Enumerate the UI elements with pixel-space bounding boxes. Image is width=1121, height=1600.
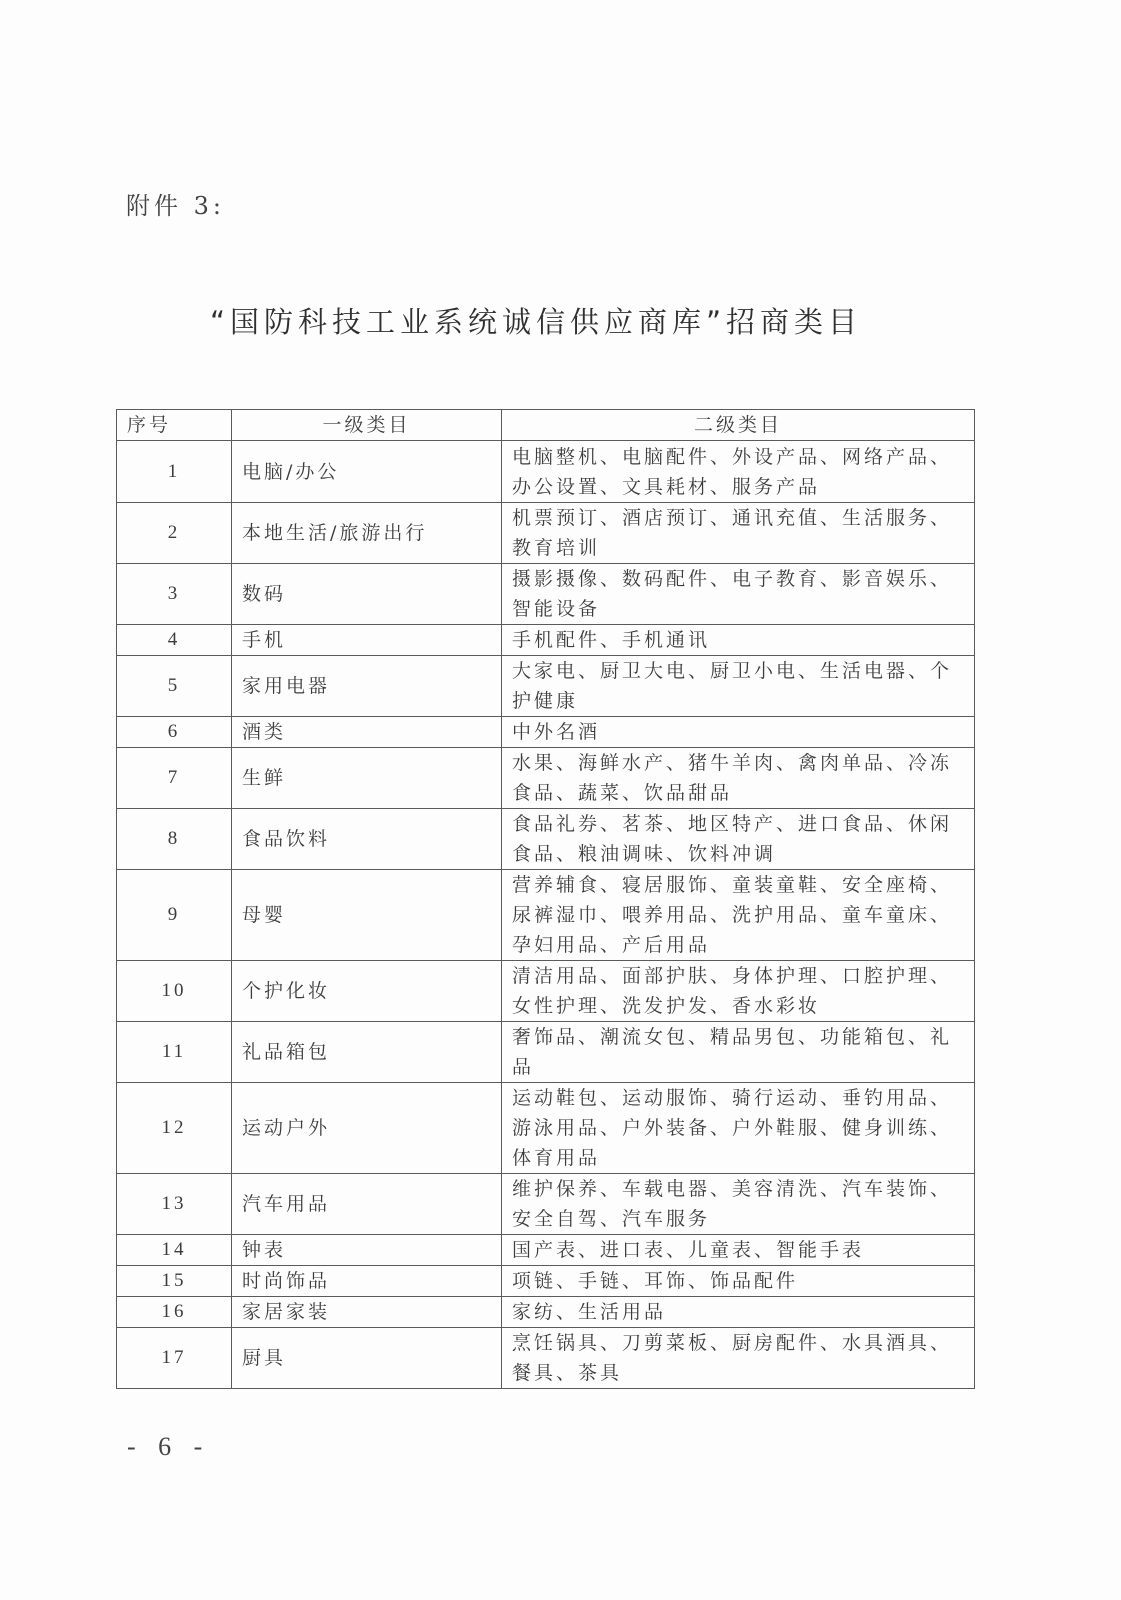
row-serial-number: 6 <box>117 717 232 748</box>
table-row: 7生鲜水果、海鲜水产、猪牛羊肉、禽肉单品、冷冻食品、蔬菜、饮品甜品 <box>117 748 975 809</box>
row-level1-category: 酒类 <box>232 717 502 748</box>
row-level2-category: 烹饪锅具、刀剪菜板、厨房配件、水具酒具、餐具、茶具 <box>502 1328 975 1389</box>
row-level1-category: 数码 <box>232 564 502 625</box>
table-header-row: 序号 一级类目 二级类目 <box>117 410 975 441</box>
row-level2-category: 清洁用品、面部护肤、身体护理、口腔护理、女性护理、洗发护发、香水彩妆 <box>502 961 975 1022</box>
row-level2-category: 机票预订、酒店预订、通讯充值、生活服务、教育培训 <box>502 503 975 564</box>
row-level2-category: 食品礼券、茗茶、地区特产、进口食品、休闲食品、粮油调味、饮料冲调 <box>502 809 975 870</box>
row-level2-category: 项链、手链、耳饰、饰品配件 <box>502 1266 975 1297</box>
row-level2-category: 国产表、进口表、儿童表、智能手表 <box>502 1235 975 1266</box>
row-level2-category: 水果、海鲜水产、猪牛羊肉、禽肉单品、冷冻食品、蔬菜、饮品甜品 <box>502 748 975 809</box>
table-row: 6酒类中外名酒 <box>117 717 975 748</box>
row-serial-number: 16 <box>117 1297 232 1328</box>
row-level1-category: 手机 <box>232 625 502 656</box>
category-table: 序号 一级类目 二级类目 1电脑/办公电脑整机、电脑配件、外设产品、网络产品、办… <box>116 409 975 1389</box>
row-level1-category: 时尚饰品 <box>232 1266 502 1297</box>
row-level2-category: 运动鞋包、运动服饰、骑行运动、垂钓用品、游泳用品、户外装备、户外鞋服、健身训练、… <box>502 1083 975 1174</box>
row-serial-number: 3 <box>117 564 232 625</box>
table-row: 13汽车用品维护保养、车载电器、美容清洗、汽车装饰、安全自驾、汽车服务 <box>117 1174 975 1235</box>
row-serial-number: 11 <box>117 1022 232 1083</box>
row-level2-category: 大家电、厨卫大电、厨卫小电、生活电器、个护健康 <box>502 656 975 717</box>
table-row: 4手机手机配件、手机通讯 <box>117 625 975 656</box>
header-serial-number: 序号 <box>117 410 232 441</box>
row-level1-category: 运动户外 <box>232 1083 502 1174</box>
row-serial-number: 5 <box>117 656 232 717</box>
table-row: 9母婴营养辅食、寝居服饰、童装童鞋、安全座椅、尿裤湿巾、喂养用品、洗护用品、童车… <box>117 870 975 961</box>
header-level2-category: 二级类目 <box>502 410 975 441</box>
row-level2-category: 营养辅食、寝居服饰、童装童鞋、安全座椅、尿裤湿巾、喂养用品、洗护用品、童车童床、… <box>502 870 975 961</box>
row-serial-number: 15 <box>117 1266 232 1297</box>
row-serial-number: 7 <box>117 748 232 809</box>
row-serial-number: 2 <box>117 503 232 564</box>
row-level2-category: 摄影摄像、数码配件、电子教育、影音娱乐、智能设备 <box>502 564 975 625</box>
table-row: 10个护化妆清洁用品、面部护肤、身体护理、口腔护理、女性护理、洗发护发、香水彩妆 <box>117 961 975 1022</box>
row-level2-category: 电脑整机、电脑配件、外设产品、网络产品、办公设置、文具耗材、服务产品 <box>502 441 975 503</box>
row-level1-category: 家居家装 <box>232 1297 502 1328</box>
table-row: 12运动户外运动鞋包、运动服饰、骑行运动、垂钓用品、游泳用品、户外装备、户外鞋服… <box>117 1083 975 1174</box>
page-number: - 6 - <box>127 1432 210 1462</box>
row-level1-category: 钟表 <box>232 1235 502 1266</box>
table-row: 1电脑/办公电脑整机、电脑配件、外设产品、网络产品、办公设置、文具耗材、服务产品 <box>117 441 975 503</box>
row-serial-number: 14 <box>117 1235 232 1266</box>
row-level1-category: 家用电器 <box>232 656 502 717</box>
row-serial-number: 13 <box>117 1174 232 1235</box>
header-level1-category: 一级类目 <box>232 410 502 441</box>
table-row: 17厨具烹饪锅具、刀剪菜板、厨房配件、水具酒具、餐具、茶具 <box>117 1328 975 1389</box>
row-level1-category: 母婴 <box>232 870 502 961</box>
row-level2-category: 维护保养、车载电器、美容清洗、汽车装饰、安全自驾、汽车服务 <box>502 1174 975 1235</box>
table-row: 14钟表国产表、进口表、儿童表、智能手表 <box>117 1235 975 1266</box>
table-row: 16家居家装家纺、生活用品 <box>117 1297 975 1328</box>
row-level1-category: 汽车用品 <box>232 1174 502 1235</box>
row-level1-category: 生鲜 <box>232 748 502 809</box>
row-level1-category: 礼品箱包 <box>232 1022 502 1083</box>
row-level1-category: 厨具 <box>232 1328 502 1389</box>
table-row: 8食品饮料食品礼券、茗茶、地区特产、进口食品、休闲食品、粮油调味、饮料冲调 <box>117 809 975 870</box>
table-row: 11礼品箱包奢饰品、潮流女包、精品男包、功能箱包、礼品 <box>117 1022 975 1083</box>
row-level2-category: 中外名酒 <box>502 717 975 748</box>
row-level1-category: 个护化妆 <box>232 961 502 1022</box>
row-serial-number: 12 <box>117 1083 232 1174</box>
table-row: 3数码摄影摄像、数码配件、电子教育、影音娱乐、智能设备 <box>117 564 975 625</box>
row-level1-category: 食品饮料 <box>232 809 502 870</box>
row-level1-category: 电脑/办公 <box>232 441 502 503</box>
row-serial-number: 1 <box>117 441 232 503</box>
table-row: 2本地生活/旅游出行机票预订、酒店预订、通讯充值、生活服务、教育培训 <box>117 503 975 564</box>
row-serial-number: 9 <box>117 870 232 961</box>
row-serial-number: 8 <box>117 809 232 870</box>
attachment-label: 附件 3: <box>126 186 225 221</box>
document-title: “国防科技工业系统诚信供应商库”招商类目 <box>210 300 862 341</box>
table-row: 15时尚饰品项链、手链、耳饰、饰品配件 <box>117 1266 975 1297</box>
row-serial-number: 4 <box>117 625 232 656</box>
row-level2-category: 奢饰品、潮流女包、精品男包、功能箱包、礼品 <box>502 1022 975 1083</box>
row-level1-category: 本地生活/旅游出行 <box>232 503 502 564</box>
table-row: 5家用电器大家电、厨卫大电、厨卫小电、生活电器、个护健康 <box>117 656 975 717</box>
row-level2-category: 手机配件、手机通讯 <box>502 625 975 656</box>
row-serial-number: 17 <box>117 1328 232 1389</box>
row-level2-category: 家纺、生活用品 <box>502 1297 975 1328</box>
row-serial-number: 10 <box>117 961 232 1022</box>
